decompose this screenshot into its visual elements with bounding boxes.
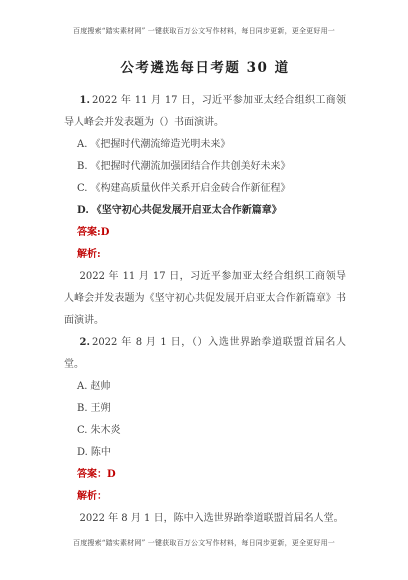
option-c-label: C.: [77, 183, 87, 194]
document-page: 百度搜索“踏实素材网” 一键获取百万公文写作材料，每日同步更新，更全更好用一 公…: [0, 0, 408, 580]
option-c: C.朱木炎: [64, 420, 346, 442]
analysis-text: 2022 年 11 月 17 日，习近平参加亚太经合组织工商领导人峰会并发表题为…: [64, 266, 346, 332]
option-b-label: B.: [77, 161, 88, 172]
header-note: 百度搜索“踏实素材网” 一键获取百万公文写作材料，每日同步更新，更全更好用一: [0, 26, 408, 36]
option-c-text: 《构建高质量伙伴关系开启金砖合作新征程》: [90, 183, 290, 194]
question-1-block: 1.2022 年 11 月 17 日，习近平参加亚太经合组织工商领导人峰会并发表…: [64, 90, 346, 332]
answer-value: D: [101, 227, 110, 238]
option-b: B.《把握时代潮流加强团结合作共创美好未来》: [64, 156, 346, 178]
answer-label: 答案：: [77, 469, 107, 480]
option-a-text: 《把握时代潮流缔造光明未来》: [90, 139, 230, 150]
question-stem-text: 2022 年 8 月 1 日，（）入选世界跆拳道联盟首届名人堂。: [64, 337, 346, 370]
footer-note: 百度搜索“踏实素材网” 一键获取百万公文写作材料，每日同步更新，更全更好用一: [0, 538, 408, 548]
question-number: 2.: [80, 337, 90, 348]
option-d-text: 陈中: [91, 447, 111, 458]
doc-title: 公考遴选每日考题 30 道: [64, 58, 346, 78]
option-d-label: D.: [77, 447, 88, 458]
option-c-text: 朱木炎: [90, 425, 120, 436]
option-b-text: 《把握时代潮流加强团结合作共创美好未来》: [91, 161, 291, 172]
option-a-text: 赵帅: [90, 381, 110, 392]
option-c: C.《构建高质量伙伴关系开启金砖合作新征程》: [64, 178, 346, 200]
analysis-text: 2022 年 8 月 1 日，陈中入选世界跆拳道联盟首届名人堂。: [64, 508, 346, 530]
option-b-text: 王朔: [91, 403, 111, 414]
question-stem: 1.2022 年 11 月 17 日，习近平参加亚太经合组织工商领导人峰会并发表…: [64, 90, 346, 134]
option-a-label: A.: [77, 381, 87, 392]
option-d-label: D.: [77, 205, 89, 216]
question-number: 1.: [80, 95, 90, 106]
option-d-text: 《坚守初心共促发展开启亚太合作新篇章》: [92, 205, 282, 216]
option-d: D.《坚守初心共促发展开启亚太合作新篇章》: [64, 200, 346, 222]
question-stem-text: 2022 年 11 月 17 日，习近平参加亚太经合组织工商领导人峰会并发表题为…: [64, 95, 346, 128]
option-d: D.陈中: [64, 442, 346, 464]
document-body: 公考遴选每日考题 30 道 1.2022 年 11 月 17 日，习近平参加亚太…: [64, 58, 346, 530]
answer-value: D: [107, 469, 116, 480]
answer-line: 答案：D: [64, 464, 346, 486]
option-b: B.王朔: [64, 398, 346, 420]
answer-line: 答案:D: [64, 222, 346, 244]
analysis-label: 解析:: [64, 244, 346, 266]
option-a: A.《把握时代潮流缔造光明未来》: [64, 134, 346, 156]
option-b-label: B.: [77, 403, 88, 414]
question-2-block: 2.2022 年 8 月 1 日，（）入选世界跆拳道联盟首届名人堂。 A.赵帅 …: [64, 332, 346, 530]
question-stem: 2.2022 年 8 月 1 日，（）入选世界跆拳道联盟首届名人堂。: [64, 332, 346, 376]
answer-label: 答案:: [77, 227, 101, 238]
option-c-label: C.: [77, 425, 87, 436]
option-a: A.赵帅: [64, 376, 346, 398]
analysis-label: 解析：: [64, 486, 346, 508]
option-a-label: A.: [77, 139, 87, 150]
